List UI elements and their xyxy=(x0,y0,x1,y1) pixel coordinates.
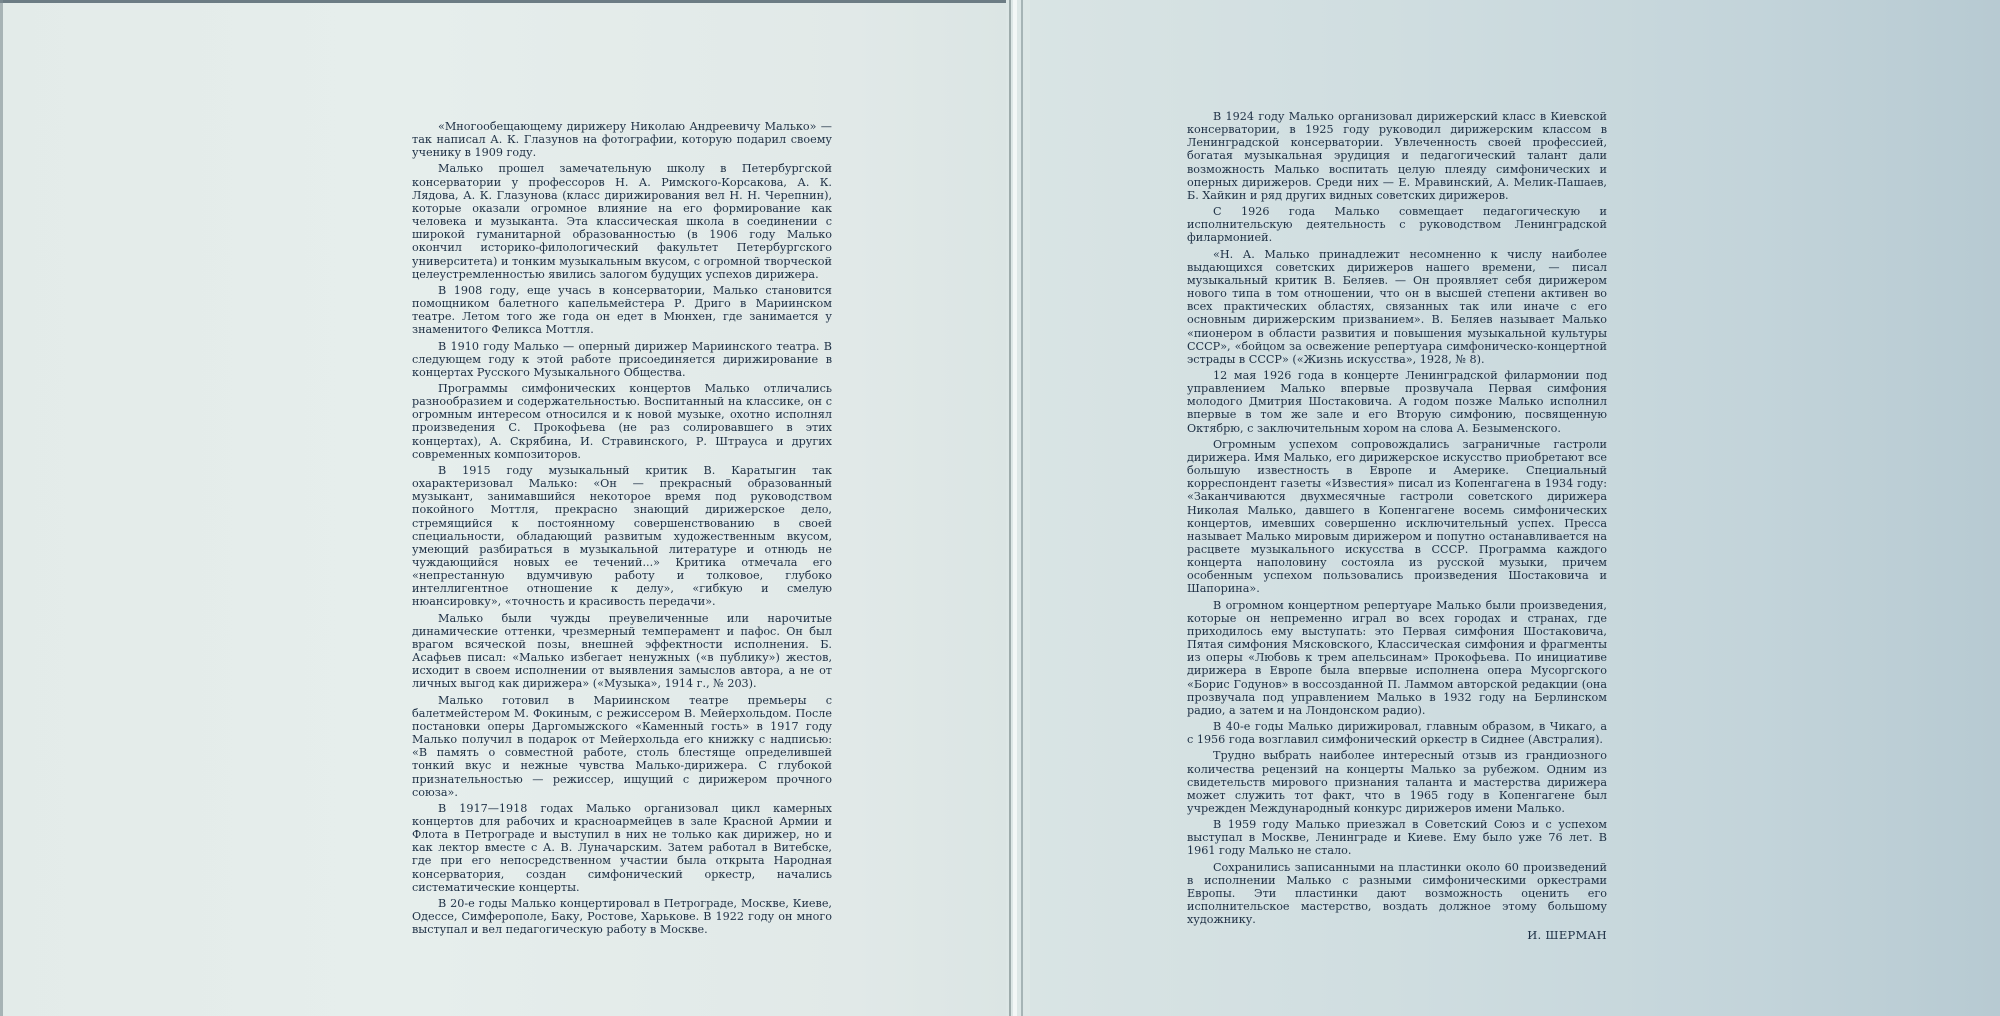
fold-line xyxy=(1009,0,1011,1016)
paragraph: В 1917—1918 годах Малько организовал цик… xyxy=(412,802,832,894)
paragraph: «Многообещающему дирижеру Николаю Андрее… xyxy=(412,120,832,159)
paragraph: С 1926 года Малько совмещает педагогичес… xyxy=(1187,205,1607,244)
paragraph: Малько прошел замечательную школу в Пете… xyxy=(412,162,832,280)
paragraph: В 1910 году Малько — оперный дирижер Мар… xyxy=(412,340,832,379)
paragraph: В огромном концертном репертуаре Малько … xyxy=(1187,599,1607,717)
paragraph: Трудно выбрать наиболее интересный отзыв… xyxy=(1187,749,1607,815)
right-text-column: В 1924 году Малько организовал дирижерск… xyxy=(1187,110,1607,943)
page-edge xyxy=(0,0,1006,3)
paragraph: Программы симфонических концертов Малько… xyxy=(412,382,832,461)
paragraph: 12 мая 1926 года в концерте Ленинградско… xyxy=(1187,369,1607,435)
paragraph: «Н. А. Малько принадлежит несомненно к ч… xyxy=(1187,248,1607,366)
booklet-spread: «Многообещающему дирижеру Николаю Андрее… xyxy=(0,0,2000,1016)
page-edge xyxy=(0,0,3,1016)
paragraph: В 40-е годы Малько дирижировал, главным … xyxy=(1187,720,1607,746)
left-text-column: «Многообещающему дирижеру Николаю Андрее… xyxy=(412,120,832,939)
paragraph: В 20-е годы Малько концертировал в Петро… xyxy=(412,897,832,936)
paragraph: Огромным успехом сопровождались загранич… xyxy=(1187,438,1607,596)
paragraph: В 1915 году музыкальный критик В. Караты… xyxy=(412,464,832,609)
paragraph: Малько готовил в Мариинском театре премь… xyxy=(412,694,832,799)
paragraph: В 1959 году Малько приезжал в Советский … xyxy=(1187,818,1607,857)
fold-highlight xyxy=(1013,0,1017,1016)
paragraph: Сохранились записанными на пластинки око… xyxy=(1187,861,1607,927)
paragraph: В 1924 году Малько организовал дирижерск… xyxy=(1187,110,1607,202)
paragraph: Малько были чужды преувеличенные или нар… xyxy=(412,612,832,691)
author-signature: И. ШЕРМАН xyxy=(1187,929,1607,942)
paragraph: В 1908 году, еще учась в консерватории, … xyxy=(412,284,832,337)
fold-line xyxy=(1021,0,1023,1016)
